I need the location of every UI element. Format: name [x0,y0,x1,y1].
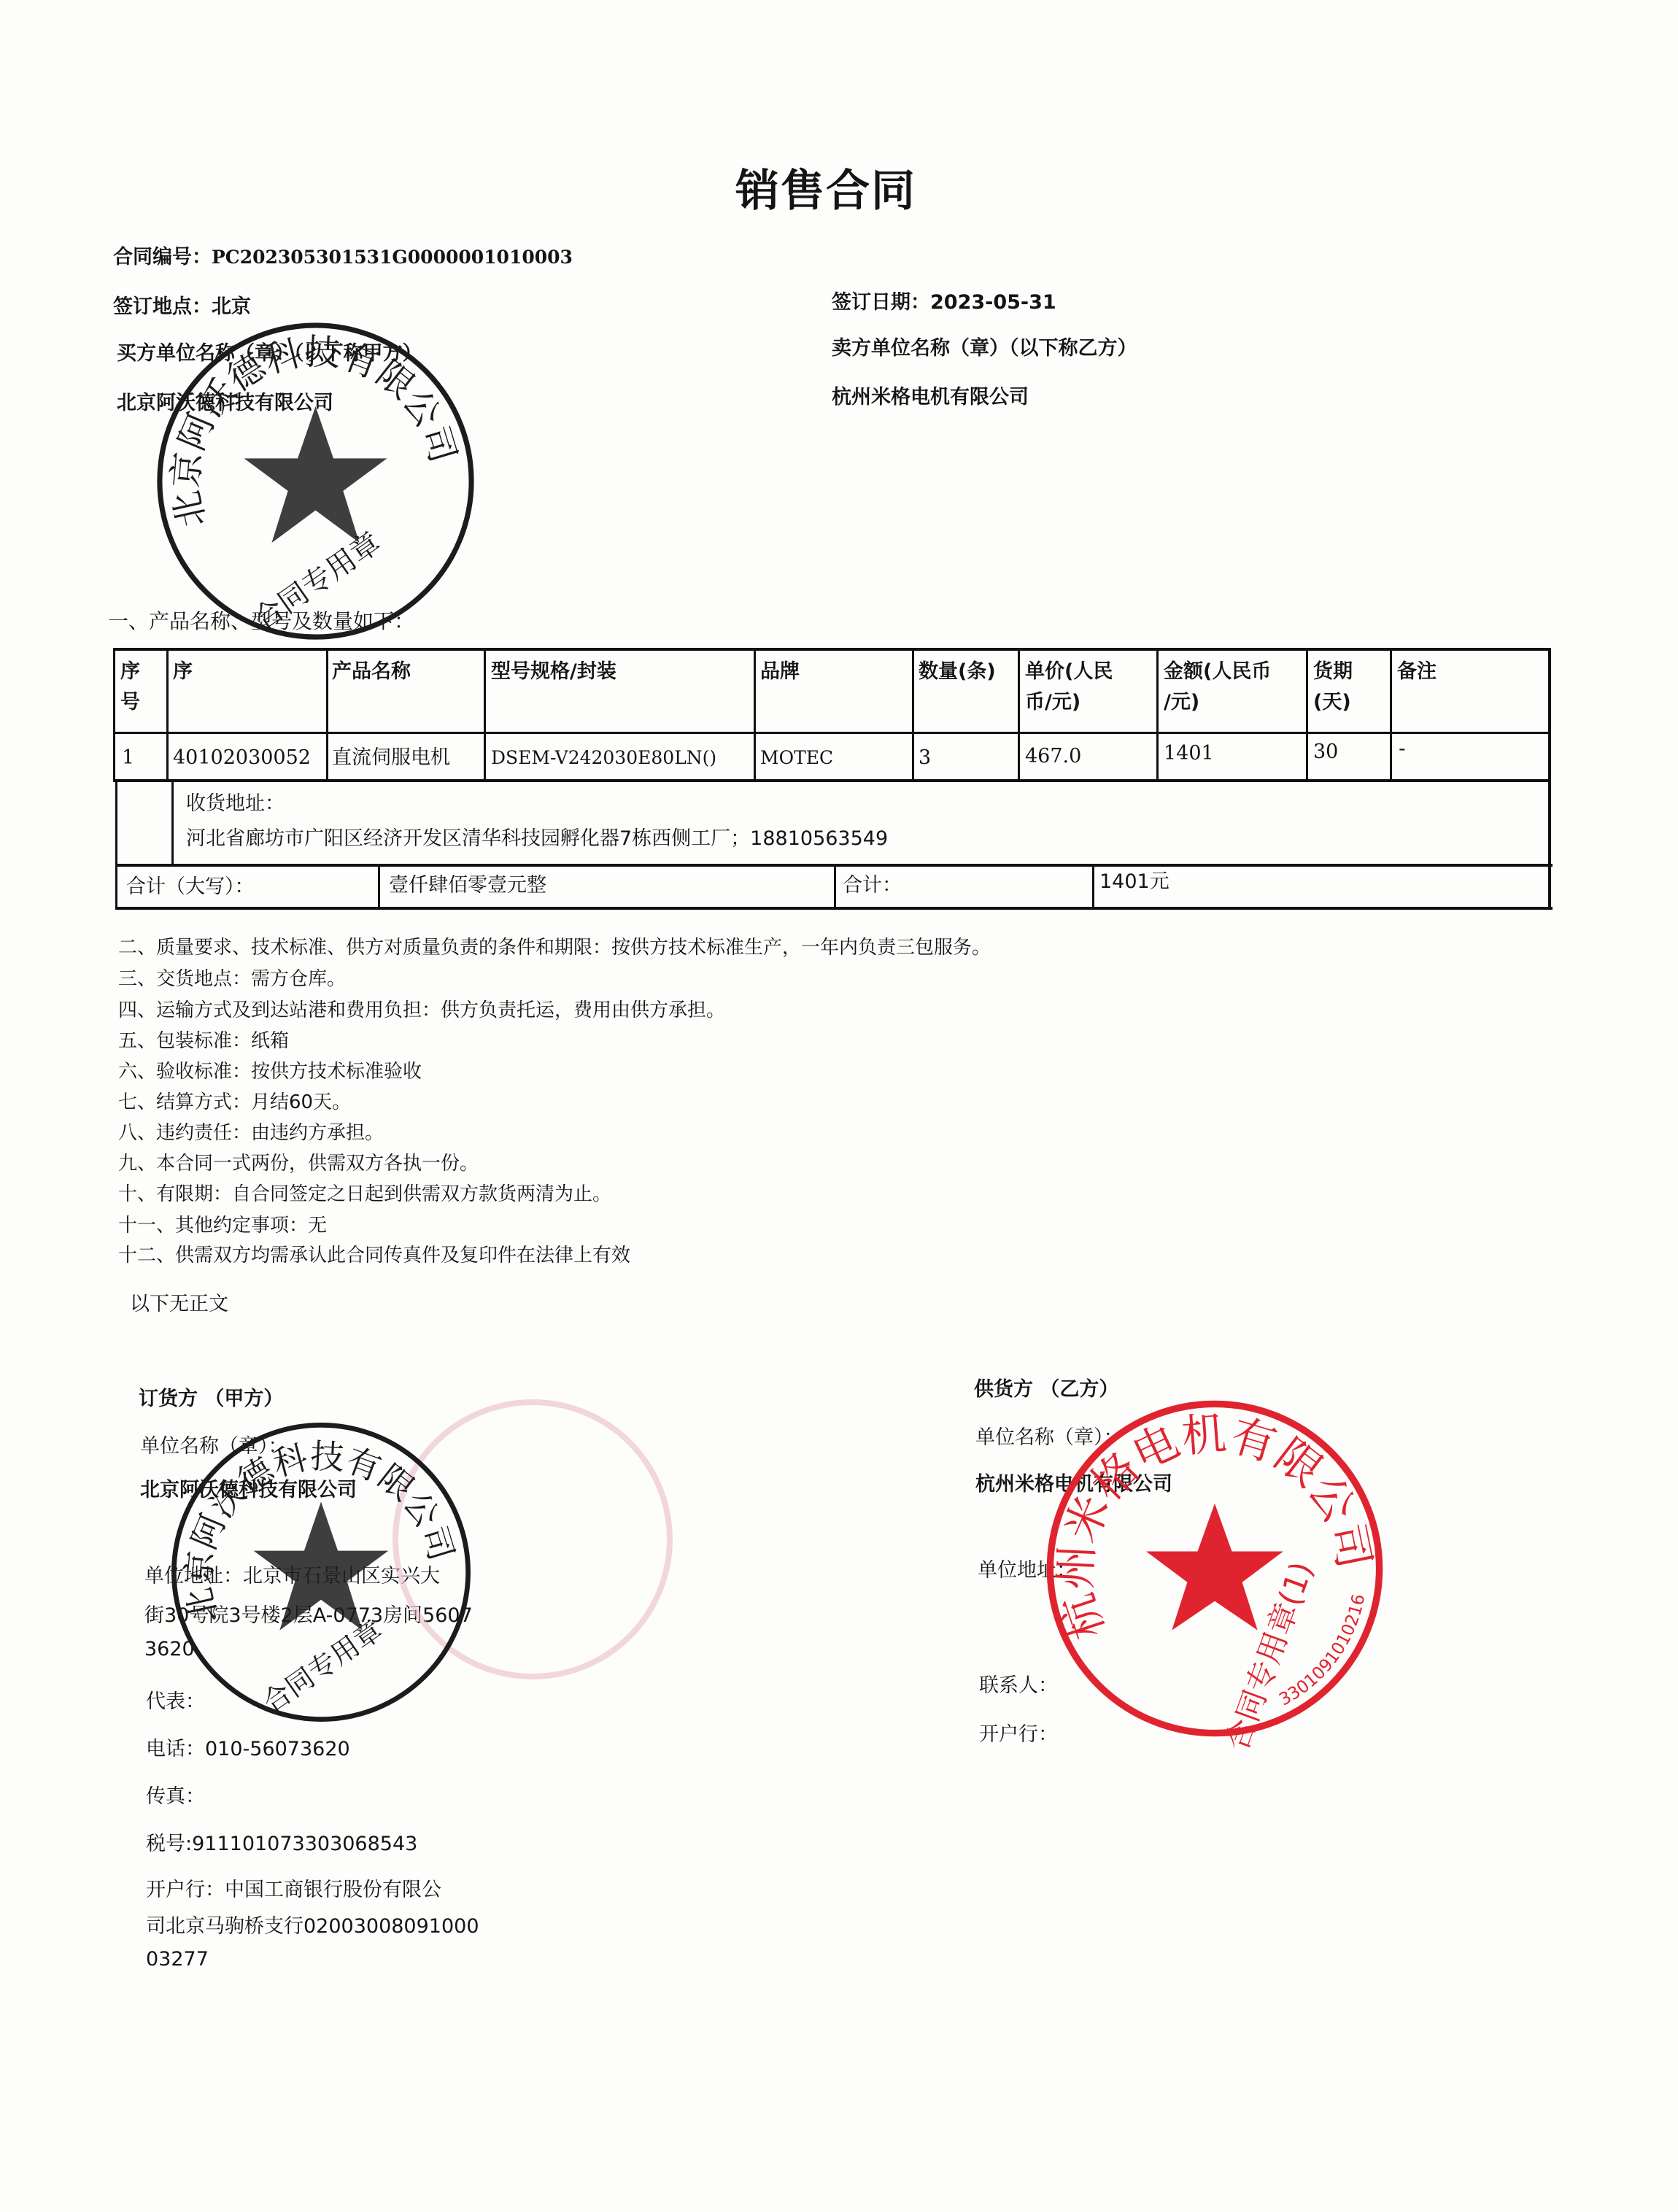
cell-seq: 1 [122,743,134,773]
buyer-fax-label: 传真： [146,1780,205,1809]
cell-lead-time: 30 [1313,737,1338,767]
buyer-address-line-1: 单位地址：北京市石景山区实兴大 [144,1560,440,1588]
sign-date: 签订日期：2023-05-31 [832,286,1056,314]
clause-2: 二、质量要求、技术标准、供方对质量负责的条件和期限：按供方技术标准生产，一年内负… [118,932,991,959]
cell-product-name: 直流伺服电机 [332,743,450,773]
seller-contact-label: 联系人： [979,1669,1058,1698]
clause-12: 十二、供需双方均需承认此合同传真件及复印件在法律上有效 [118,1240,630,1267]
th-model: 型号规格/封装 [491,657,616,687]
svg-text:合同专用章: 合同专用章 [257,1614,388,1719]
cell-amount: 1401 [1164,738,1214,769]
cell-model: DSEM-V242030E80LN() [491,743,716,773]
cell-unit-price: 467.0 [1025,741,1081,772]
section-1-title: 一、产品名称、型号及数量如下： [108,606,414,635]
th-brand: 品牌 [760,657,800,687]
end-note: 以下无正文 [130,1288,228,1316]
clause-11: 十一、其他约定事项：无 [118,1210,327,1237]
buyer-heading: 订货方 （甲方） [139,1382,283,1411]
seller-name: 杭州米格电机有限公司 [832,381,1029,409]
buyer-name-value: 北京阿沃德科技有限公司 [140,1474,357,1502]
buyer-address-line-2: 街30号院3号楼2层A-0773房间5607 [144,1599,473,1628]
cell-remark: - [1399,734,1406,765]
seller-name-label: 单位名称（章）： [975,1421,1124,1450]
clause-3: 三、交货地点：需方仓库。 [118,964,346,991]
total-value: 1401元 [1099,867,1169,897]
buyer-label: 买方单位名称（章）（以下称甲方） [117,337,422,366]
svg-text:合同专用章(1): 合同专用章(1) [1218,1557,1320,1755]
buyer-name-label: 单位名称（章）： [140,1430,288,1458]
clause-7: 七、结算方式：月结60天。 [118,1087,351,1114]
delivery-address: 河北省廊坊市广阳区经济开发区清华科技园孵化器7栋西侧工厂；18810563549 [186,824,888,854]
total-upper-label: 合计（大写）： [126,872,255,902]
th-unit-price: 单价(人民币/元) [1025,657,1113,718]
buyer-company-seal-top: 北京阿沃德科技有限公司 合同专用章 [150,319,482,643]
clause-9: 九、本合同一式两份，供需双方各执一份。 [118,1148,479,1175]
clause-10: 十、有限期：自合同签定之日起到供需双方款货两清为止。 [118,1179,611,1206]
sign-place-value: 北京 [212,295,251,318]
svg-text:北京阿沃德科技有限公司: 北京阿沃德科技有限公司 [179,1436,462,1625]
cell-brand: MOTEC [760,743,833,773]
clause-6: 六、验收标准：按供方技术标准验收 [118,1056,422,1083]
buyer-bank-line-3: 03277 [146,1948,209,1971]
clause-8: 八、违约责任：由违约方承担。 [118,1118,384,1145]
seller-name-value: 杭州米格电机有限公司 [975,1468,1172,1496]
th-quantity: 数量(条) [919,657,996,687]
th-lead-time: 货期(天) [1313,657,1353,718]
svg-text:3301091010216: 3301091010216 [1275,1593,1369,1710]
faint-stamp-mark [387,1393,678,1685]
buyer-address-line-3: 3620 [144,1638,195,1660]
contract-number-value: PC202305301531G0000001010003 [212,247,573,268]
contract-number-label: 合同编号： [113,246,212,268]
seller-address-label: 单位地址： [978,1554,1076,1582]
seller-heading: 供货方 （乙方） [974,1373,1118,1401]
th-amount: 金额(人民币/元) [1164,657,1271,718]
th-remark: 备注 [1397,657,1437,687]
total-upper-value: 壹仟肆佰零壹元整 [389,870,546,901]
buyer-name: 北京阿沃德科技有限公司 [117,387,333,415]
buyer-representative-label: 代表： [146,1685,205,1714]
total-label: 合计： [843,870,902,901]
buyer-tax-number: 税号:911101073303068543 [146,1828,417,1856]
th-product-name: 产品名称 [332,657,411,687]
seller-bank-label: 开户行： [979,1718,1058,1747]
clause-4: 四、运输方式及到达站港和费用负担：供方负责托运，费用由供方承担。 [118,995,725,1022]
sign-place-label: 签订地点： [113,295,212,318]
cell-quantity: 3 [919,743,931,773]
buyer-bank-line-1: 开户行：中国工商银行股份有限公 [146,1873,441,1902]
buyer-bank-line-2: 司北京马驹桥支行02003008091000 [146,1910,479,1938]
seller-label: 卖方单位名称（章）（以下称乙方） [832,332,1137,360]
buyer-phone: 电话：010-56073620 [146,1733,350,1761]
contract-number: 合同编号：PC202305301531G0000001010003 [113,241,573,269]
sign-date-label: 签订日期： [832,291,930,314]
sign-date-value: 2023-05-31 [930,291,1056,314]
delivery-address-label: 收货地址： [186,789,285,819]
product-table: 序号 序 产品名称 型号规格/封装 品牌 数量(条) 单价(人民币/元) 金额(… [113,648,1550,908]
document-title: 销售合同 [735,156,916,219]
sign-place: 签订地点：北京 [113,290,251,319]
th-code: 序 [173,657,193,687]
cell-code: 40102030052 [173,743,311,773]
th-seq: 序号 [120,657,163,718]
clause-5: 五、包装标准：纸箱 [118,1026,289,1053]
